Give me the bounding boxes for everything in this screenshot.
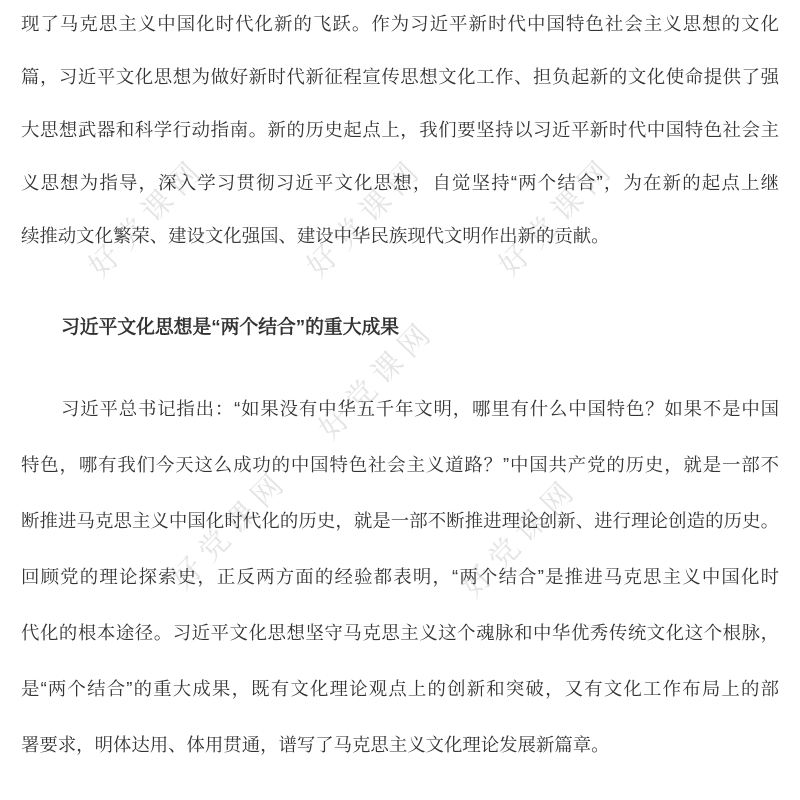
paragraph-body: 习近平总书记指出：“如果没有中华五千年文明，哪里有什么中国特色？如果不是中国特色…: [21, 381, 779, 773]
text-line: 习近平总书记指出：“如果没有中华五千年文明，哪里有什么中国特色？如果不是中国: [21, 381, 779, 437]
text-line: 代化的根本途径。习近平文化思想坚守马克思主义这个魂脉和中华优秀传统文化这个根脉，: [21, 605, 779, 661]
text-line: 特色，哪有我们今天这么成功的中国特色社会主义道路？”中国共产党的历史，就是一部不: [21, 437, 779, 493]
text-line: 续推动文化繁荣、建设文化强国、建设中华民族现代文明作出新的贡献。: [21, 209, 779, 262]
document-page: 好党课网好党课网好党课网好党课网好党课网好党课网 现了马克思主义中国化时代化新的…: [0, 0, 800, 800]
text-line: 断推进马克思主义中国化时代化的历史，就是一部不断推进理论创新、进行理论创造的历史…: [21, 493, 779, 549]
paragraph-continuation: 现了马克思主义中国化时代化新的飞跃。作为习近平新时代中国特色社会主义思想的文化篇…: [21, 0, 779, 262]
text-line: 大思想武器和科学行动指南。新的历史起点上，我们要坚持以习近平新时代中国特色社会主: [21, 103, 779, 156]
section-heading: 习近平文化思想是“两个结合”的重大成果: [21, 300, 779, 353]
text-line: 是“两个结合”的重大成果，既有文化理论观点上的创新和突破，又有文化工作布局上的部: [21, 661, 779, 717]
text-line: 回顾党的理论探索史，正反两方面的经验都表明，“两个结合”是推进马克思主义中国化时: [21, 549, 779, 605]
text-line: 篇，习近平文化思想为做好新时代新征程宣传思想文化工作、担负起新的文化使命提供了强: [21, 50, 779, 103]
text-line: 署要求，明体达用、体用贯通，谱写了马克思主义文化理论发展新篇章。: [21, 717, 779, 773]
text-line: 现了马克思主义中国化时代化新的飞跃。作为习近平新时代中国特色社会主义思想的文化: [21, 0, 779, 50]
text-line: 义思想为指导，深入学习贯彻习近平文化思想，自觉坚持“两个结合”，为在新的起点上继: [21, 156, 779, 209]
document-content: 现了马克思主义中国化时代化新的飞跃。作为习近平新时代中国特色社会主义思想的文化篇…: [21, 0, 779, 773]
